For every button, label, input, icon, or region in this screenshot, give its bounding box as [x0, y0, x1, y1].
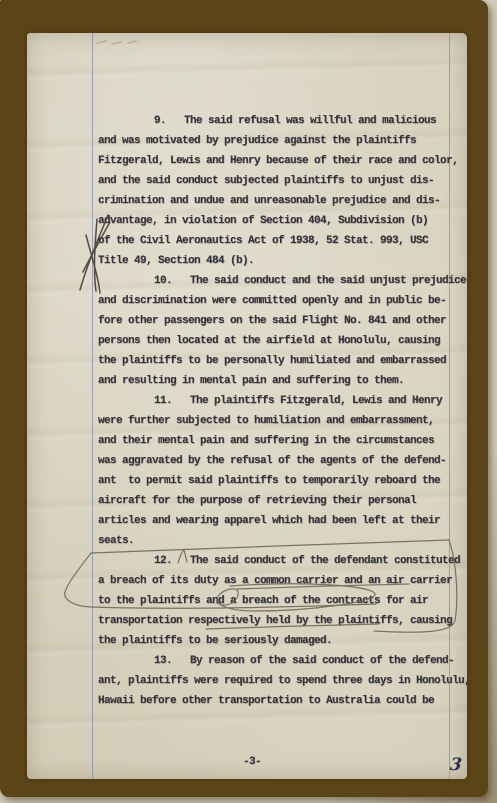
typed-line: the plaintiffs to be seriously damaged.	[98, 631, 478, 651]
scanned-legal-document-page: { "colors": { "frame": "#5b4418", "paper…	[0, 0, 497, 803]
typed-line: the plaintiffs to be personally humiliat…	[98, 351, 478, 371]
typed-line: 12. The said conduct of the defendant co…	[98, 551, 478, 571]
typed-text-block: 9. The said refusal was willful and mali…	[98, 111, 478, 711]
typed-line: ant to permit said plaintiffs to tempora…	[98, 471, 478, 491]
typed-line: was aggravated by the refusal of the age…	[98, 451, 478, 471]
typed-line: transportation respectively held by the …	[98, 611, 478, 631]
typed-line: 13. By reason of the said conduct of the…	[98, 651, 478, 671]
typed-line: persons then located at the airfield at …	[98, 331, 478, 351]
paper-sheet: 9. The said refusal was willful and mali…	[27, 33, 467, 779]
photo-frame: 9. The said refusal was willful and mali…	[0, 0, 488, 797]
typed-line: and was motivated by prejudice against t…	[98, 131, 478, 151]
typed-line: of the Civil Aeronautics Act of 1938, 52…	[98, 231, 478, 251]
typed-line: and resulting in mental pain and sufferi…	[98, 371, 478, 391]
typed-line: aircraft for the purpose of retrieving t…	[98, 491, 478, 511]
typed-line: and their mental pain and suffering in t…	[98, 431, 478, 451]
typed-line: were further subjected to humiliation an…	[98, 411, 478, 431]
typed-line: and discrimination were committed openly…	[98, 291, 478, 311]
typed-line: Title 49, Section 484 (b).	[98, 251, 478, 271]
handwritten-page-number: 3	[449, 755, 463, 775]
typed-line: Hawaii before other transportation to Au…	[98, 691, 478, 711]
typed-line: fore other passengers on the said Flight…	[98, 311, 478, 331]
typed-line: to the plaintiffs and a breach of the co…	[98, 591, 478, 611]
typed-line: Fitzgerald, Lewis and Henry because of t…	[98, 151, 478, 171]
typed-line: advantage, in violation of Section 404, …	[98, 211, 478, 231]
typed-line: 10. The said conduct and the said unjust…	[98, 271, 478, 291]
typed-line: articles and wearing apparel which had b…	[98, 511, 478, 531]
left-margin-rule	[92, 33, 93, 779]
typed-line: ant, plaintiffs were required to spend t…	[98, 671, 478, 691]
typed-line: and the said conduct subjected plaintiff…	[98, 171, 478, 191]
typed-line: crimination and undue and unreasonable p…	[98, 191, 478, 211]
typed-line: 9. The said refusal was willful and mali…	[98, 111, 478, 131]
typed-line: 11. The plaintiffs Fitzgerald, Lewis and…	[98, 391, 478, 411]
typed-line: seats.	[98, 531, 478, 551]
typed-page-number: -3-	[243, 755, 261, 769]
typed-line: a breach of its duty as a common carrier…	[98, 571, 478, 591]
